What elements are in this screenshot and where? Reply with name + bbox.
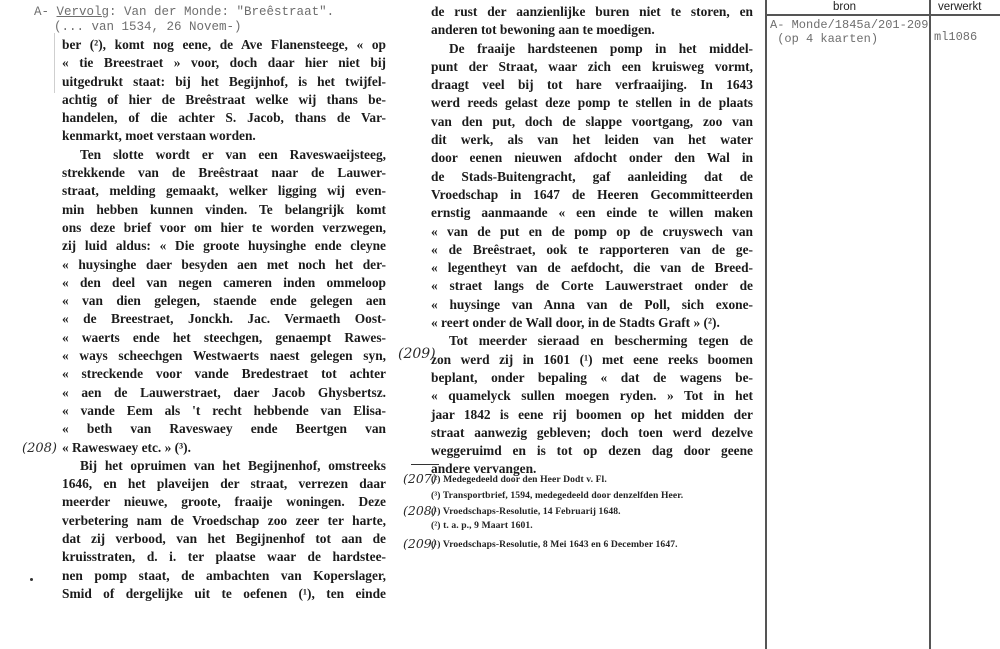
text-line: « Raweswaey etc. » (³). bbox=[62, 439, 386, 457]
margin-note-208: (208) bbox=[22, 441, 57, 456]
text-line: « streckende voor vande Bredestraet tot … bbox=[62, 365, 386, 383]
text-line: punt der Straat, waar zich een kruisweg … bbox=[431, 58, 753, 76]
text-line: ber (²), komt nog eene, de Ave Flanenste… bbox=[62, 36, 386, 54]
text-line: door eenen nieuwen afdocht onder den Wal… bbox=[431, 149, 753, 167]
text-line: meerder nieuwe, groote, fraaije woningen… bbox=[62, 493, 386, 511]
text-line: beplant, onder bepaling « dat de wagens … bbox=[431, 369, 753, 387]
text-line: verbetering nam de Vroedschap zoo zeer t… bbox=[62, 512, 386, 530]
text-line: dit werk, als van het leiden van het wat… bbox=[431, 131, 753, 149]
column-header-verwerkt: verwerkt bbox=[938, 1, 981, 13]
text-line: « vande Eem als 't recht hebbende van El… bbox=[62, 402, 386, 420]
text-line: « reert onder de Wall door, in de Stadts… bbox=[431, 314, 753, 332]
margin-note-209: (209) bbox=[398, 346, 436, 362]
text-line: straat, melding gemaakt, welker ligging … bbox=[62, 182, 386, 200]
text-line: de rust der aanzienlijke buren niet te s… bbox=[431, 3, 753, 21]
text-line: « van dien gelegen, staende ende gelegen… bbox=[62, 292, 386, 310]
scan-edge-line bbox=[54, 33, 55, 93]
footnote: (³) Transportbrief, 1594, medegedeeld do… bbox=[431, 490, 683, 501]
table-column-divider bbox=[929, 0, 931, 649]
text-line: dat zij verbood, van het Begijnenhof tot… bbox=[62, 530, 386, 548]
card-label-vervolg: Vervolg bbox=[57, 5, 110, 19]
text-line: handelen, of die achter S. Jacob, thans … bbox=[62, 109, 386, 127]
text-column-right: de rust der aanzienlijke buren niet te s… bbox=[431, 3, 753, 479]
footnote: (²) Medegedeeld door den Heer Dodt v. Fl… bbox=[431, 474, 607, 485]
text-line: weggeruimd en is tot op dezen dag door g… bbox=[431, 442, 753, 460]
text-line: de Stads-Buitengracht, gaf aanleiding da… bbox=[431, 168, 753, 186]
text-line: « van de put en de pomp op de cruyswech … bbox=[431, 223, 753, 241]
text-line: « den deel van negen cameren inden ommel… bbox=[62, 274, 386, 292]
scan-speck bbox=[30, 578, 33, 581]
text-line: draagt veel bij tot hare verfraaijing. I… bbox=[431, 76, 753, 94]
text-line: uitgedrukt staat: bij het Begijnhof, is … bbox=[62, 73, 386, 91]
text-line: « huysinge van Anna van de Poll, sich ex… bbox=[431, 296, 753, 314]
card-continuation: (... van 1534, 26 Novem-) bbox=[54, 20, 242, 34]
verwerkt-value: ml1086 bbox=[934, 30, 977, 44]
text-line: ons deze brief voor om hier te worden ve… bbox=[62, 219, 386, 237]
text-line: Ten slotte wordt er van een Raveswaeijst… bbox=[62, 146, 386, 164]
text-line: Tot meerder sieraad en bescherming tegen… bbox=[431, 332, 753, 350]
text-line: achtig of hier de Breêstraat welke wij t… bbox=[62, 91, 386, 109]
text-line: anderen tot bewoning aan te moedigen. bbox=[431, 21, 753, 39]
text-line: werd reeds gelast deze pomp te stellen i… bbox=[431, 94, 753, 112]
text-line: 1646, en het plaveijen der straat, verre… bbox=[62, 475, 386, 493]
text-line: kenmarkt, moet verstaan worden. bbox=[62, 127, 386, 145]
text-line: « huysinghe daer besyden aen met noch he… bbox=[62, 256, 386, 274]
text-line: zon werd zij in 1601 (¹) met eene reeks … bbox=[431, 351, 753, 369]
text-line: Smid of dergelijke uit te oefenen (¹), t… bbox=[62, 585, 386, 603]
text-column-left: ber (²), komt nog eene, de Ave Flanenste… bbox=[62, 36, 386, 603]
card-header-line: A- Vervolg: Van der Monde: "Breêstraat". bbox=[34, 5, 334, 19]
text-line: jaar 1842 is eene rij boomen op het midd… bbox=[431, 406, 753, 424]
table-header-rule bbox=[765, 14, 1000, 16]
text-line: « beth van Raveswaey ende Beertgen van bbox=[62, 420, 386, 438]
text-line: ernstig aanmaande « een einde te willen … bbox=[431, 204, 753, 222]
text-line: zij luid aldus: « Die groote huysinghe e… bbox=[62, 237, 386, 255]
text-line: nen pomp staat, de ambachten van Kopersl… bbox=[62, 567, 386, 585]
footnote: (¹) Vroedschaps-Resolutie, 14 Februarij … bbox=[431, 506, 621, 517]
text-line: kruisstraten, d. i. ter plaatse waar de … bbox=[62, 548, 386, 566]
text-line: « de Breêstraet, ook te rapporteren van … bbox=[431, 241, 753, 259]
text-line: « de Breestraet, Jonckh. Jac. Vermaeth O… bbox=[62, 310, 386, 328]
text-line: Vroedschap in 1647 de Heeren Gecommittee… bbox=[431, 186, 753, 204]
table-border-left bbox=[765, 0, 767, 649]
text-line: min hebben kunnen vinden. Te belangrijk … bbox=[62, 201, 386, 219]
footnote: (²) t. a. p., 9 Maart 1601. bbox=[431, 520, 533, 531]
card-prefix: A- bbox=[34, 5, 57, 19]
text-line: « ways scheechgen Westwaerts naest geleg… bbox=[62, 347, 386, 365]
bron-note: (op 4 kaarten) bbox=[770, 32, 878, 46]
column-header-bron: bron bbox=[833, 1, 856, 13]
footnote-rule bbox=[411, 464, 439, 465]
card-title: : Van der Monde: "Breêstraat". bbox=[109, 5, 334, 19]
text-line: « legentheyt van de aefdocht, die van de… bbox=[431, 259, 753, 277]
text-line: « straet langs de Corte Lauwerstraet ond… bbox=[431, 277, 753, 295]
text-line: Bij het opruimen van het Begijnenhof, om… bbox=[62, 457, 386, 475]
text-line: « waerts ende het steechgen, genaempt Ra… bbox=[62, 329, 386, 347]
text-line: « quamelyck sullen moegen ryden. » Tot i… bbox=[431, 387, 753, 405]
text-line: « tie Breestraet » voor, doch daar hier … bbox=[62, 54, 386, 72]
bron-value: A- Monde/1845a/201-209 bbox=[770, 18, 928, 32]
footnote: (¹) Vroedschaps-Resolutie, 8 Mei 1643 en… bbox=[431, 539, 678, 550]
text-line: strekkende van de Breêstraat naar de Lau… bbox=[62, 164, 386, 182]
text-line: straat aanwezig gebleven; doch toen werd… bbox=[431, 424, 753, 442]
text-line: « aen de Lauwerstraet, daer Jacob Ghysbe… bbox=[62, 384, 386, 402]
text-line: van den put, doch de slappe voortgang, z… bbox=[431, 113, 753, 131]
text-line: De fraaije hardsteenen pomp in het midde… bbox=[431, 40, 753, 58]
